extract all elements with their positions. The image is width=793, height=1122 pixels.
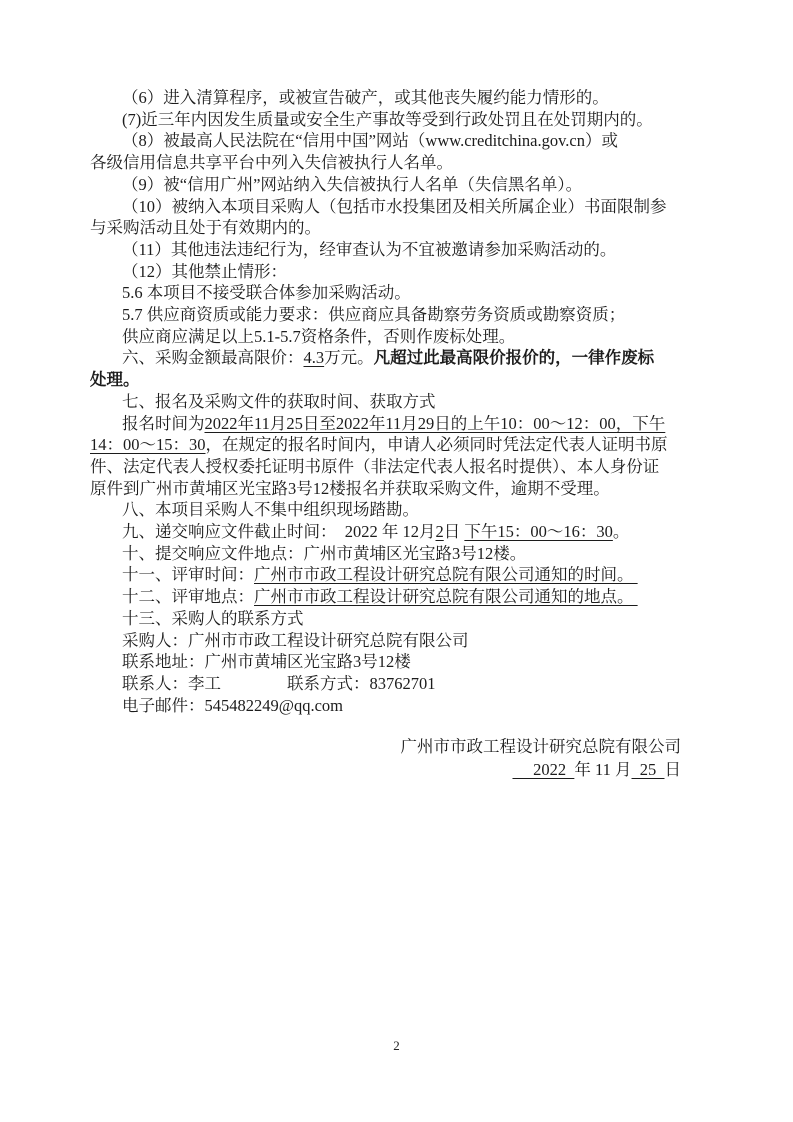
text-segment: (7)近三年内因发生质量或安全生产事故等受到行政处罚且在处罚期内的。	[122, 110, 653, 129]
text-segment: 14：00～15：30	[90, 435, 206, 454]
text-segment: 广州市市政工程设计研究总院有限公司通知的时间。	[254, 565, 638, 584]
text-line: (7)近三年内因发生质量或安全生产事故等受到行政处罚且在处罚期内的。	[90, 109, 710, 131]
text-line: （8）被最高人民法院在“信用中国”网站（www.creditchina.gov.…	[90, 130, 710, 152]
text-line: （12）其他禁止情形：	[90, 261, 710, 283]
text-segment: 件、法定代表人授权委托证明书原件（非法定代表人报名时提供）、本人身份证	[90, 457, 659, 476]
text-segment: 十一、评审时间：	[122, 565, 254, 584]
text-line: 联系地址：广州市黄埔区光宝路3号12楼	[90, 651, 710, 673]
text-segment: 供应商应满足以上5.1-5.7资格条件，否则作废标处理。	[122, 327, 515, 346]
text-line: 电子邮件：545482249@qq.com	[90, 695, 710, 717]
signature-block: 广州市市政工程设计研究总院有限公司 2022 年 11 月 25 日	[401, 736, 682, 781]
text-segment: 广州市市政工程设计研究总院有限公司通知的地点。	[254, 587, 638, 606]
text-segment: 日	[444, 522, 465, 541]
text-line: 原件到广州市黄埔区光宝路3号12楼报名并获取采购文件，逾期不受理。	[90, 478, 710, 500]
text-segment: 日	[665, 760, 682, 779]
text-line: 六、采购金额最高限价：4.3万元。凡超过此最高限价报价的，一律作废标	[90, 347, 710, 369]
text-line: 2022 年 11 月 25 日	[401, 759, 682, 782]
text-segment: 七、报名及采购文件的获取时间、获取方式	[122, 392, 436, 411]
text-segment: （12）其他禁止情形：	[122, 262, 287, 281]
text-line: 十、提交响应文件地点：广州市黄埔区光宝路3号12楼。	[90, 543, 710, 565]
text-segment: 十二、评审地点：	[122, 587, 254, 606]
text-segment: 联系人：李工 联系方式：83762701	[122, 674, 436, 693]
text-line: 14：00～15：30，在规定的报名时间内，申请人必须同时凭法定代表人证明书原	[90, 434, 710, 456]
text-line: 5.7 供应商资质或能力要求：供应商应具备勘察劳务资质或勘察资质；	[90, 304, 710, 326]
text-segment: 联系地址：广州市黄埔区光宝路3号12楼	[122, 652, 411, 671]
text-segment: 报名时间为	[122, 414, 205, 433]
text-line: （10）被纳入本项目采购人（包括市水投集团及相关所属企业）书面限制参	[90, 196, 710, 218]
text-line: 与采购活动且处于有效期内的。	[90, 217, 710, 239]
text-line: 采购人：广州市市政工程设计研究总院有限公司	[90, 630, 710, 652]
text-segment: 5.7 供应商资质或能力要求：供应商应具备勘察劳务资质或勘察资质；	[122, 305, 625, 324]
text-segment: 采购人：广州市市政工程设计研究总院有限公司	[122, 631, 469, 650]
text-segment: 2022	[512, 760, 574, 779]
text-segment: 年 11 月	[574, 760, 631, 779]
text-line: 5.6 本项目不接受联合体参加采购活动。	[90, 282, 710, 304]
text-segment: 十、提交响应文件地点：广州市黄埔区光宝路3号12楼。	[122, 544, 526, 563]
text-line: （11）其他违法违纪行为，经审查认为不宜被邀请参加采购活动的。	[90, 239, 710, 261]
text-segment: 2	[436, 522, 444, 541]
text-line: 广州市市政工程设计研究总院有限公司	[401, 736, 682, 759]
text-segment: （8）被最高人民法院在“信用中国”网站（www.creditchina.gov.…	[122, 131, 618, 150]
text-segment: 。	[613, 522, 630, 541]
text-segment: ，在规定的报名时间内，申请人必须同时凭法定代表人证明书原	[206, 435, 668, 454]
text-segment: 凡超过此最高限价报价的，一律作废标	[374, 348, 655, 367]
text-segment: 5.6 本项目不接受联合体参加采购活动。	[122, 283, 411, 302]
text-segment: 原件到广州市黄埔区光宝路3号12楼报名并获取采购文件，逾期不受理。	[90, 479, 610, 498]
text-segment: （11）其他违法违纪行为，经审查认为不宜被邀请参加采购活动的。	[122, 240, 616, 259]
text-line: 报名时间为2022年11月25日至2022年11月29日的上午10：00～12：…	[90, 413, 710, 435]
text-segment: 与采购活动且处于有效期内的。	[90, 218, 321, 237]
text-segment: （10）被纳入本项目采购人（包括市水投集团及相关所属企业）书面限制参	[122, 197, 667, 216]
text-segment: 2022年11月25日至2022年11月29日的上午10：00～12：00，下午	[205, 414, 666, 433]
text-line: 处理。	[90, 369, 710, 391]
text-segment: 各级信用信息共享平台中列入失信被执行人名单。	[90, 153, 453, 172]
document-body: （6）进入清算程序，或被宣告破产，或其他丧失履约能力情形的。(7)近三年内因发生…	[90, 87, 710, 716]
text-line: 各级信用信息共享平台中列入失信被执行人名单。	[90, 152, 710, 174]
text-segment: 处理。	[90, 370, 140, 389]
text-line: 件、法定代表人授权委托证明书原件（非法定代表人报名时提供）、本人身份证	[90, 456, 710, 478]
text-line: 联系人：李工 联系方式：83762701	[90, 673, 710, 695]
text-segment: 电子邮件：545482249@qq.com	[122, 696, 343, 715]
text-line: 十一、评审时间：广州市市政工程设计研究总院有限公司通知的时间。	[90, 564, 710, 586]
text-segment: 九、递交响应文件截止时间： 2022 年 12月	[122, 522, 436, 541]
text-segment: （6）进入清算程序，或被宣告破产，或其他丧失履约能力情形的。	[122, 88, 609, 107]
text-segment: 4.3	[304, 348, 325, 367]
text-line: 九、递交响应文件截止时间： 2022 年 12月2日 下午15：00～16：30…	[90, 521, 710, 543]
page-number: 2	[0, 1038, 793, 1054]
text-segment: 万元。	[324, 348, 374, 367]
text-line: 十二、评审地点：广州市市政工程设计研究总院有限公司通知的地点。	[90, 586, 710, 608]
text-segment: 下午15：00～16：30	[464, 522, 613, 541]
text-segment: 25	[632, 760, 665, 779]
text-line: 七、报名及采购文件的获取时间、获取方式	[90, 391, 710, 413]
text-segment: 广州市市政工程设计研究总院有限公司	[401, 737, 682, 756]
text-segment: （9）被“信用广州”网站纳入失信被执行人名单（失信黑名单）。	[122, 175, 582, 194]
text-line: 十三、采购人的联系方式	[90, 608, 710, 630]
text-line: （6）进入清算程序，或被宣告破产，或其他丧失履约能力情形的。	[90, 87, 710, 109]
document-page: （6）进入清算程序，或被宣告破产，或其他丧失履约能力情形的。(7)近三年内因发生…	[0, 0, 793, 1122]
text-line: 供应商应满足以上5.1-5.7资格条件，否则作废标处理。	[90, 326, 710, 348]
text-segment: 十三、采购人的联系方式	[122, 609, 304, 628]
text-segment: 八、本项目采购人不集中组织现场踏勘。	[122, 500, 419, 519]
text-line: 八、本项目采购人不集中组织现场踏勘。	[90, 499, 710, 521]
text-segment: 六、采购金额最高限价：	[122, 348, 304, 367]
text-line: （9）被“信用广州”网站纳入失信被执行人名单（失信黑名单）。	[90, 174, 710, 196]
